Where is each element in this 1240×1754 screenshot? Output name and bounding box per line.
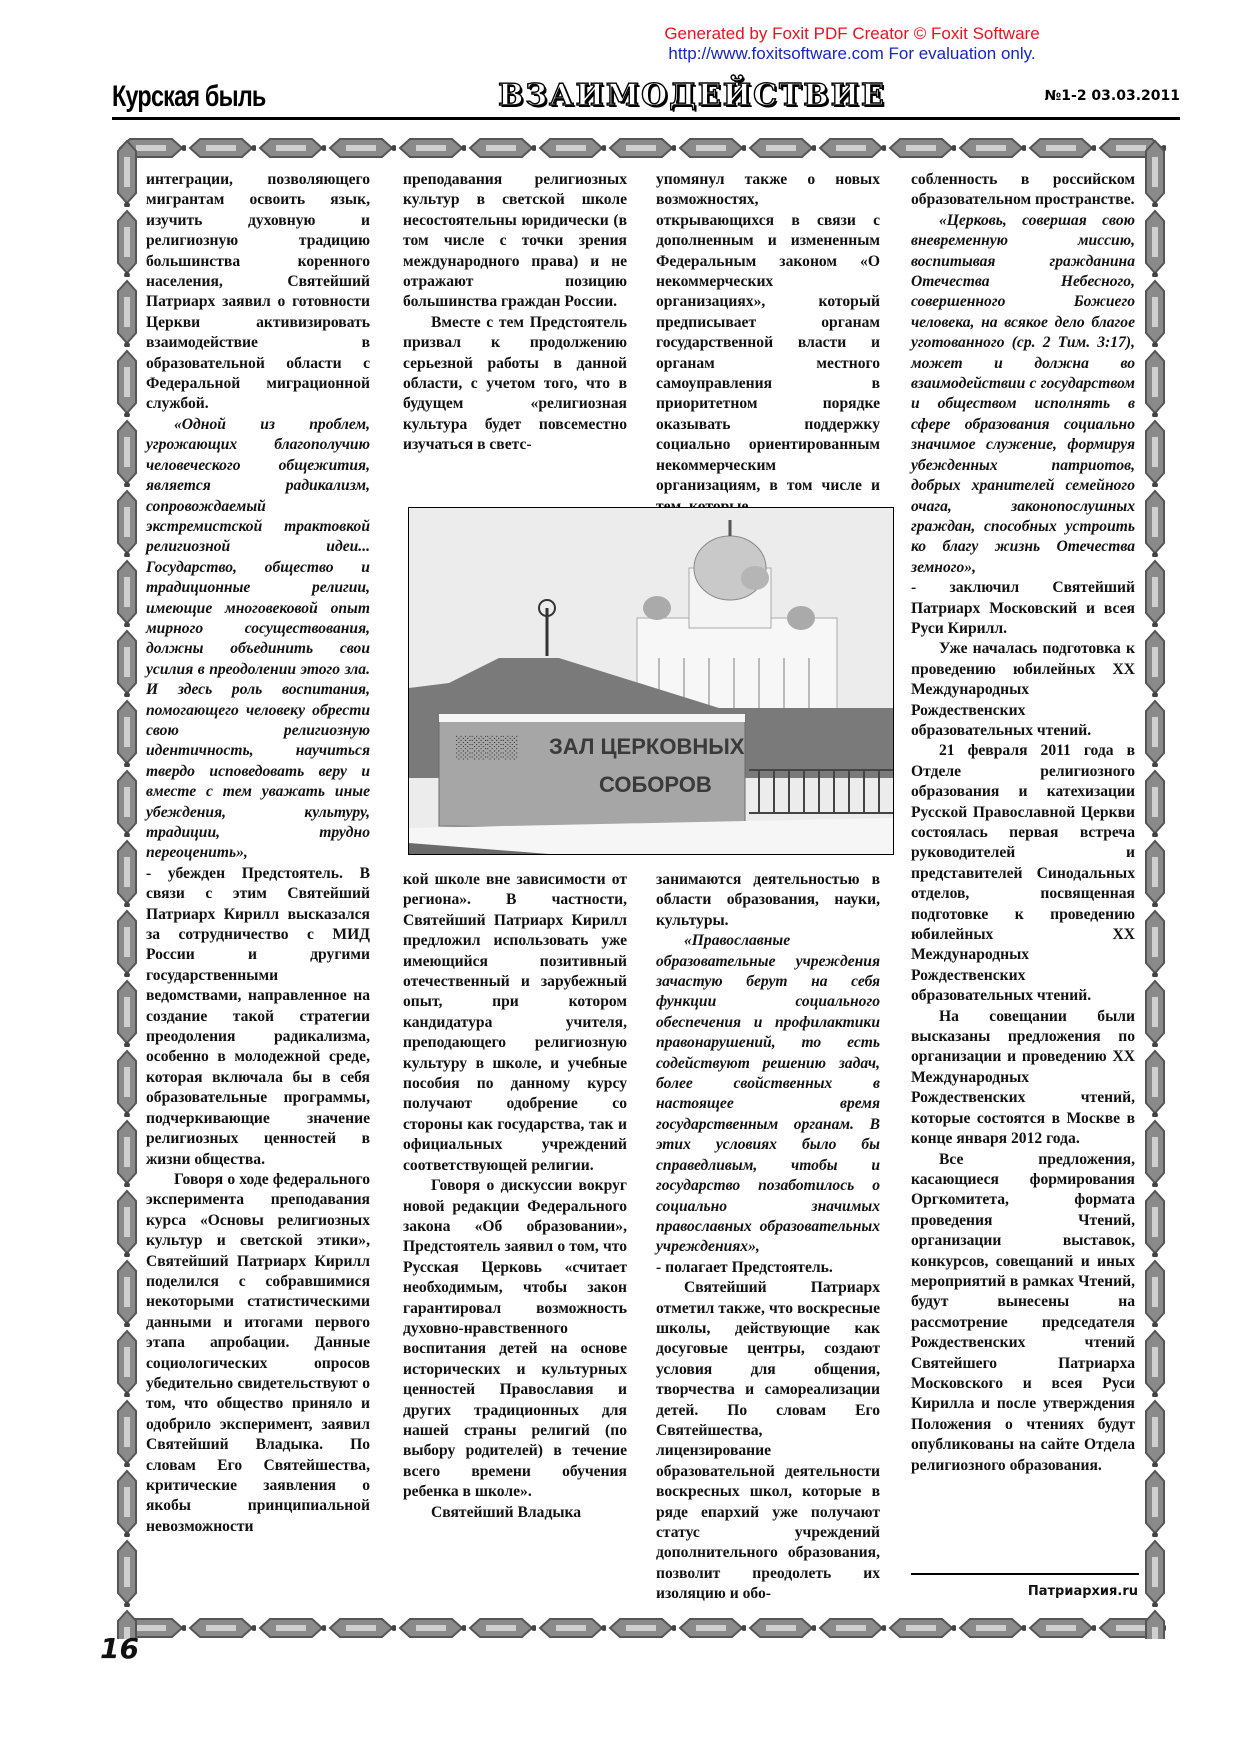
svg-text:ЗАЛ ЦЕРКОВНЫХ: ЗАЛ ЦЕРКОВНЫХ [549,734,745,759]
pdf-watermark: Generated by Foxit PDF Creator © Foxit S… [612,24,1092,64]
issue-date: №1-2 03.03.2011 [1044,88,1180,104]
source-credit: Патриархия.ru [1028,1584,1138,1599]
paragraph: кой школе вне зависимости от региона». В… [403,870,627,1176]
article-column-3-bottom: занимаются деятельностью в области образ… [656,870,880,1605]
page-number: 16 [100,1632,139,1665]
credit-divider [911,1573,1139,1575]
cathedral-photo: ░░░░ ЗАЛ ЦЕРКОВНЫХ СОБОРОВ [408,507,894,855]
quote-paragraph: «Одной из проблем, угрожающих благополуч… [146,415,370,864]
quote-paragraph: «Церковь, совершая свою вневременную мис… [911,211,1135,578]
newspaper-logo: Курская быль [112,80,266,114]
paragraph: - полагает Предстоятель. [656,1258,880,1278]
svg-text:СОБОРОВ: СОБОРОВ [599,772,712,797]
section-title: ВЗАИМОДЕЙСТВИЕ [452,78,932,113]
paragraph: упомянул также о новых возможностях, отк… [656,170,880,517]
paragraph: преподавания религиозных культур в светс… [403,170,627,313]
article-column-2-top: преподавания религиозных культур в светс… [403,170,627,456]
watermark-line-2: http://www.foxitsoftware.com For evaluat… [612,44,1092,64]
watermark-line-1: Generated by Foxit PDF Creator © Foxit S… [612,24,1092,44]
paragraph: занимаются деятельностью в области образ… [656,870,880,931]
border-top-ornament [116,137,1166,159]
svg-text:░░░░: ░░░░ [455,734,518,760]
paragraph: Святейший Патриарх отметил также, что во… [656,1278,880,1605]
paragraph: Все предложения, касающиеся формирования… [911,1150,1135,1477]
article-column-1: интеграции, позволяющего мигрантам освои… [146,170,370,1537]
paragraph: Святейший Владыка [403,1503,627,1523]
paragraph: Говоря о ходе федерального эксперимента … [146,1170,370,1537]
paragraph: - убежден Предстоятель. В связи с этим С… [146,864,370,1170]
article-column-2-bottom: кой школе вне зависимости от региона». В… [403,870,627,1523]
paragraph: Вместе с тем Предстоятель призвал к прод… [403,313,627,456]
masthead-rule [112,117,1180,120]
quote-paragraph: «Православные образовательные учреждения… [656,931,880,1258]
paragraph: На совещании были высказаны предложения … [911,1007,1135,1150]
paragraph: интеграции, позволяющего мигрантам освои… [146,170,370,415]
paragraph: Уже началась подготовка к проведению юби… [911,639,1135,741]
masthead: Курская быль ВЗАИМОДЕЙСТВИЕ №1-2 03.03.2… [112,80,1180,114]
article-column-3-top: упомянул также о новых возможностях, отк… [656,170,880,517]
paragraph: - заключил Святейший Патриарх Московский… [911,578,1135,639]
paragraph: 21 февраля 2011 года в Отделе религиозно… [911,741,1135,1006]
article-column-4: собленность в российском образовательном… [911,170,1135,1476]
border-right-ornament [1144,137,1166,1639]
paragraph: собленность в российском образовательном… [911,170,1135,211]
border-left-ornament [116,137,138,1639]
border-bottom-ornament [116,1617,1166,1639]
paragraph: Говоря о дискуссии вокруг новой редакции… [403,1176,627,1503]
photo-illustration: ░░░░ ЗАЛ ЦЕРКОВНЫХ СОБОРОВ [409,508,893,854]
